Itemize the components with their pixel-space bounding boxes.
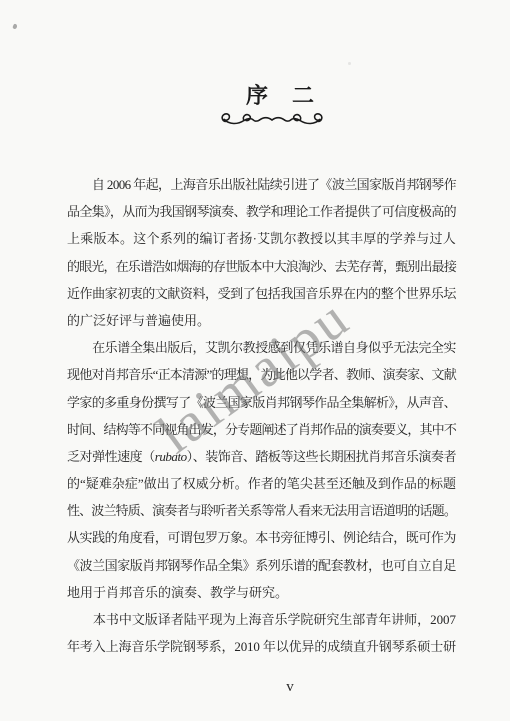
body-text: 自 2006 年起，上海音乐出版社陆续引进了《波兰国家版肖邦钢琴作品全集》，从而…	[67, 171, 456, 660]
text-line: 时间、结构等不同视角出发，分专题阐述了肖邦作品的演奏要义，其中不	[67, 416, 456, 443]
text-line: 学家的多重身份撰写了《波兰国家版肖邦钢琴作品全集解析》，从声音、	[67, 389, 456, 416]
text-line: 上乘版本。这个系列的编订者扬·艾凯尔教授以其丰厚的学养与过人	[67, 225, 456, 252]
scan-speck	[12, 23, 18, 29]
text-line: 从实践的角度看，可谓包罗万象。本书旁征博引、例论结合，既可作为	[67, 524, 456, 551]
scanned-book-page: 序 二 自 2006 年起，上海音乐出版社陆续引进了《波兰国家版肖邦钢琴作品全集…	[0, 0, 510, 721]
swirl-divider-icon	[77, 110, 466, 136]
text-line: 年考入上海音乐学院钢琴系，2010 年以优异的成绩直升钢琴系硕士研	[67, 633, 456, 660]
text-line: 乏对弹性速度（rubato）、装饰音、踏板等这些长期困扰肖邦音乐演奏者	[67, 443, 456, 470]
text-line: 近作曲家初衷的文献资料，受到了包括我国音乐界在内的整个世界乐坛	[67, 280, 456, 307]
page-number: v	[240, 679, 340, 696]
text-line: 在乐谱全集出版后，艾凯尔教授感到仅凭乐谱自身似乎无法完全实	[67, 334, 456, 361]
text-line: 的“疑难杂症”做出了权威分析。作者的笔尖甚至还触及到作品的标题	[67, 470, 456, 497]
text-line: 《波兰国家版肖邦钢琴作品全集》系列乐谱的配套教材，也可自立自足	[67, 552, 456, 579]
scan-speck	[348, 62, 351, 65]
text-line: 本书中文版译者陆平现为上海音乐学院研究生部青年讲师，2007	[67, 606, 456, 633]
text-line: 性、波兰特质、演奏者与聆听者关系等常人看来无法用言语道明的话题。	[67, 497, 456, 524]
text-line: 的广泛好评与普遍使用。	[67, 307, 456, 334]
text-line: 的眼光，在乐谱浩如烟海的存世版本中大浪淘沙、去芜存菁，甄别出最接	[67, 253, 456, 280]
text-line: 地用于肖邦音乐的演奏、教学与研究。	[67, 579, 456, 606]
text-line: 自 2006 年起，上海音乐出版社陆续引进了《波兰国家版肖邦钢琴作	[67, 171, 456, 198]
page-title: 序 二	[86, 79, 475, 110]
text-line: 现他对肖邦音乐“正本清源”的理想，为此他以学者、教师、演奏家、文献	[67, 361, 456, 388]
text-line: 品全集》，从而为我国钢琴演奏、教学和理论工作者提供了可信度极高的	[67, 198, 456, 225]
